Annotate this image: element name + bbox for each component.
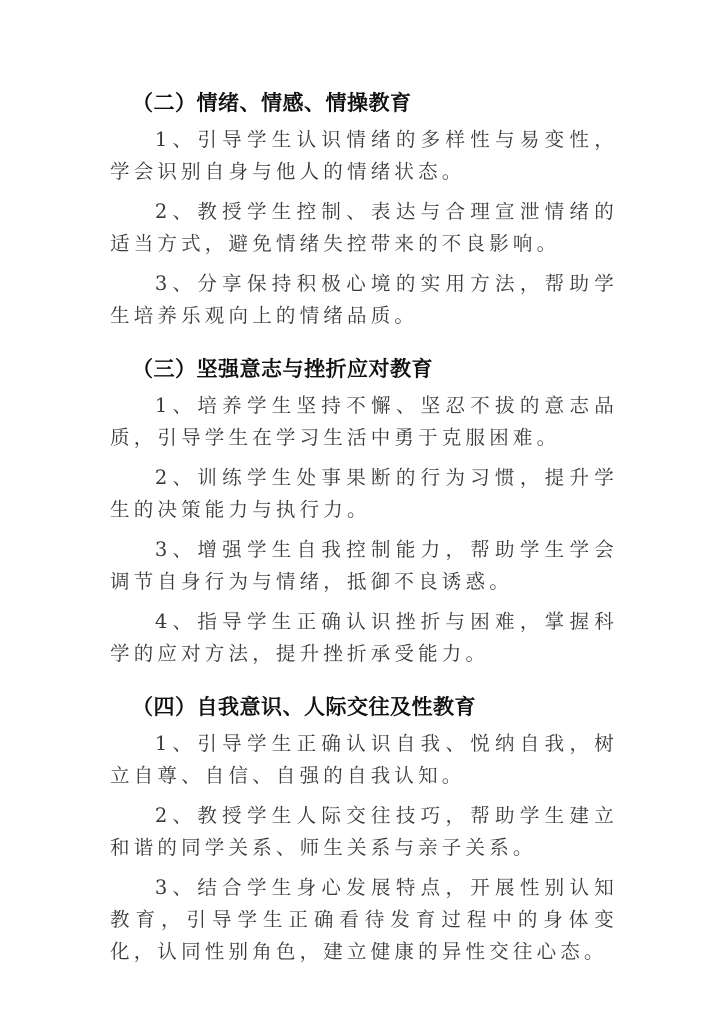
list-item: 1、引导学生认识情绪的多样性与易变性，学会识别自身与他人的情绪状态。 (110, 124, 618, 188)
list-item: 3、分享保持积极心境的实用方法，帮助学生培养乐观向上的情绪品质。 (110, 268, 618, 332)
list-item: 2、教授学生控制、表达与合理宣泄情绪的适当方式，避免情绪失控带来的不良影响。 (110, 196, 618, 260)
section-self-awareness-education: （四）自我意识、人际交往及性教育 1、引导学生正确认识自我、悦纳自我，树立自尊、… (110, 692, 618, 968)
section-heading: （四）自我意识、人际交往及性教育 (110, 692, 618, 722)
section-heading: （三）坚强意志与挫折应对教育 (110, 354, 618, 384)
list-item: 1、培养学生坚持不懈、坚忍不拔的意志品质，引导学生在学习生活中勇于克服困难。 (110, 390, 618, 454)
section-heading: （二）情绪、情感、情操教育 (110, 88, 618, 118)
list-item: 1、引导学生正确认识自我、悦纳自我，树立自尊、自信、自强的自我认知。 (110, 728, 618, 792)
list-item: 2、训练学生处事果断的行为习惯，提升学生的决策能力与执行力。 (110, 462, 618, 526)
section-emotion-education: （二）情绪、情感、情操教育 1、引导学生认识情绪的多样性与易变性，学会识别自身与… (110, 88, 618, 332)
list-item: 3、增强学生自我控制能力，帮助学生学会调节自身行为与情绪，抵御不良诱惑。 (110, 534, 618, 598)
list-item: 3、结合学生身心发展特点，开展性别认知教育，引导学生正确看待发育过程中的身体变化… (110, 872, 618, 968)
list-item: 2、教授学生人际交往技巧，帮助学生建立和谐的同学关系、师生关系与亲子关系。 (110, 800, 618, 864)
list-item: 4、指导学生正确认识挫折与困难，掌握科学的应对方法，提升挫折承受能力。 (110, 606, 618, 670)
document-page: （二）情绪、情感、情操教育 1、引导学生认识情绪的多样性与易变性，学会识别自身与… (110, 88, 618, 976)
section-willpower-education: （三）坚强意志与挫折应对教育 1、培养学生坚持不懈、坚忍不拔的意志品质，引导学生… (110, 354, 618, 670)
